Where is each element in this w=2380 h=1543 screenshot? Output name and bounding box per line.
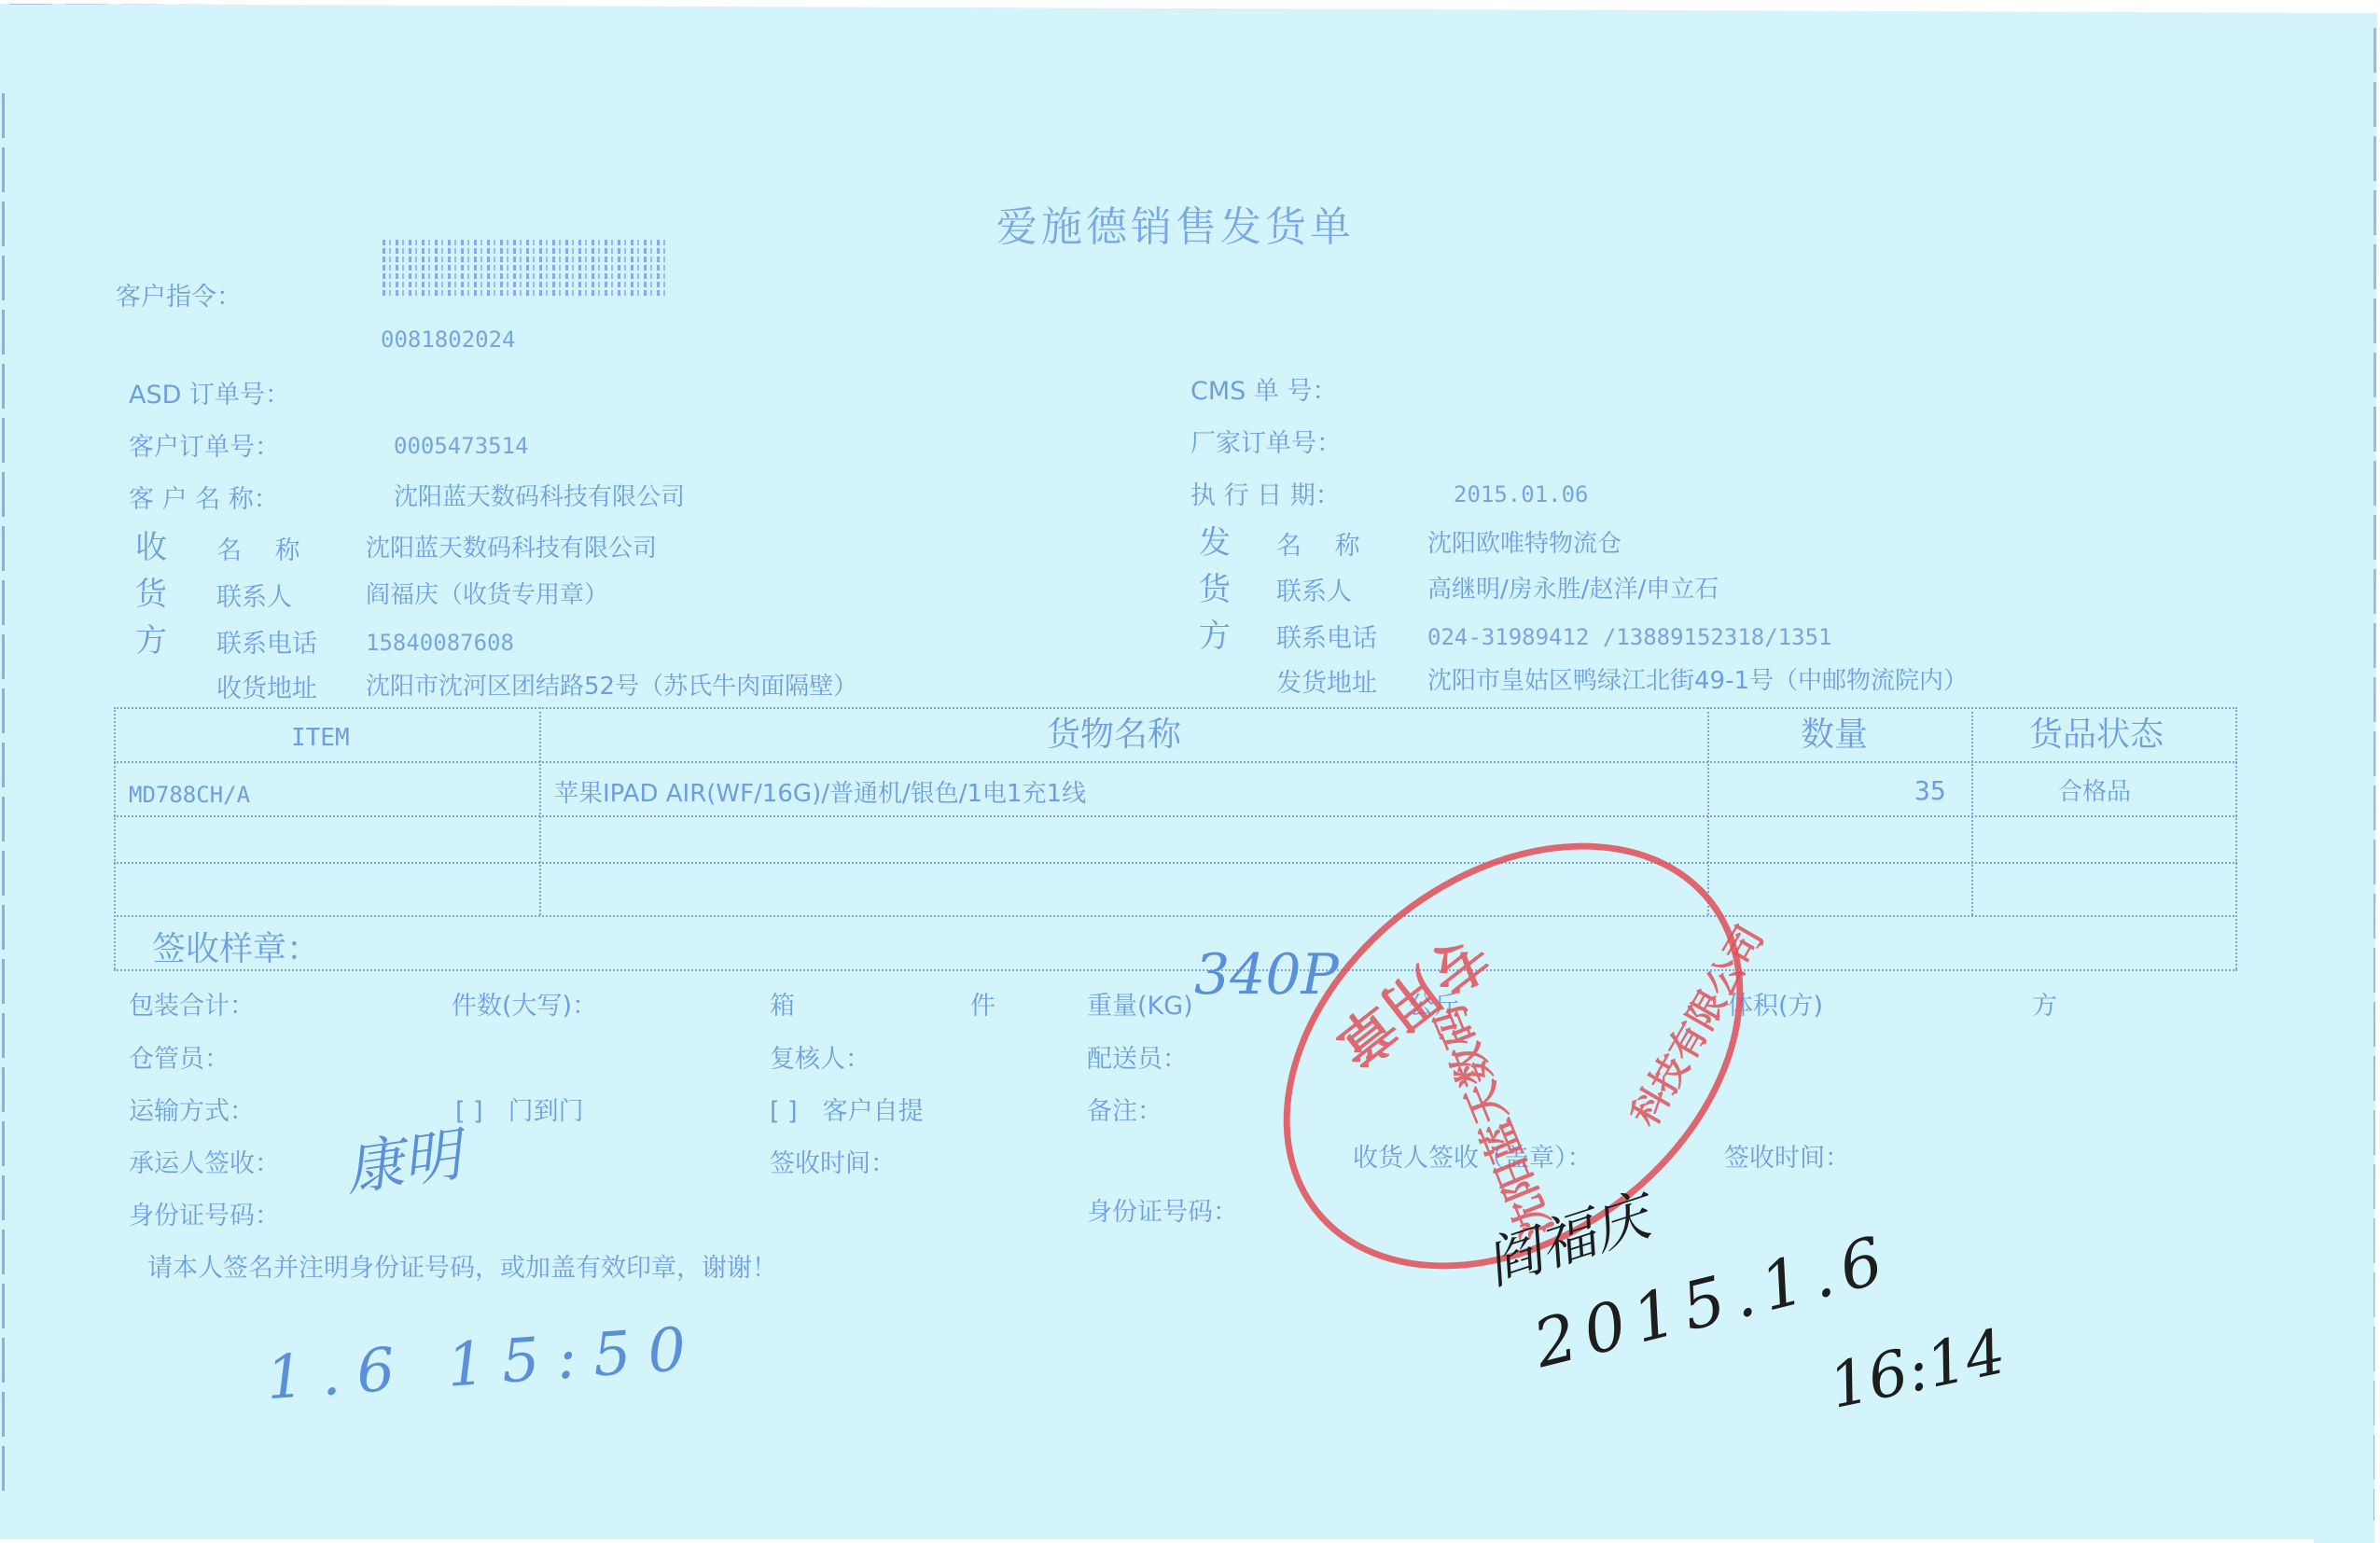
execution-date-value: 2015.01.06 xyxy=(1454,483,1589,506)
shipper-side-label-3: 方 xyxy=(1199,620,1231,652)
packing-total-label: 包装合计： xyxy=(129,994,255,1019)
table-row-item: MD788CH/A xyxy=(129,784,250,806)
consignee-sign-time-label: 签收时间： xyxy=(1724,1146,1850,1171)
customer-instruction-label: 客户指令： xyxy=(116,285,242,310)
customer-name-value: 沈阳蓝天数码科技有限公司 xyxy=(394,485,685,509)
factory-order-label: 厂家订单号： xyxy=(1190,431,1342,456)
customer-order-value: 0005473514 xyxy=(394,435,529,457)
transport-label: 运输方式： xyxy=(129,1099,255,1124)
table-row-status: 合格品 xyxy=(2058,780,2131,804)
shipper-contact-label: 联系人 xyxy=(1276,579,1352,605)
table-border-right xyxy=(2235,707,2237,969)
document-title: 爱施德销售发货单 xyxy=(996,207,1355,248)
receiver-phone: 15840087608 xyxy=(366,632,514,654)
customer-order-label: 客户订单号： xyxy=(129,435,280,460)
table-header-status: 货品状态 xyxy=(2029,718,2164,752)
table-col-divider xyxy=(539,707,541,915)
pieces-label: 件数(大写)： xyxy=(452,994,597,1019)
shipper-phone-label: 联系电话 xyxy=(1276,626,1377,651)
receiver-side-label-2: 货 xyxy=(135,578,167,610)
table-border-top xyxy=(114,707,2237,709)
table-header-item: ITEM xyxy=(291,726,350,750)
table-border-left xyxy=(114,707,116,969)
shipper-name: 沈阳欧唯特物流仓 xyxy=(1427,532,1621,556)
table-row-divider xyxy=(114,862,2237,864)
carrier-signature: 康明 xyxy=(341,1126,464,1200)
table-border-bottom xyxy=(114,969,2237,971)
carrier-id-label: 身份证号码： xyxy=(129,1203,280,1229)
transport-option-door-to-door[interactable]: [ ] 门到门 xyxy=(455,1099,584,1124)
shipper-side-label-1: 发 xyxy=(1199,527,1231,559)
dispatcher-label: 配送员： xyxy=(1087,1047,1188,1072)
sign-seal-label: 签收样章： xyxy=(152,933,320,966)
remarks-label: 备注： xyxy=(1087,1099,1162,1124)
receiver-contact-label: 联系人 xyxy=(216,585,292,610)
perforation-right xyxy=(2373,28,2376,1521)
volume-unit: 方 xyxy=(2032,994,2057,1019)
barcode xyxy=(383,240,668,296)
receiver-address-label: 收货地址 xyxy=(216,676,317,702)
table-col-divider xyxy=(1971,707,1973,915)
consignee-id-label: 身份证号码： xyxy=(1087,1200,1238,1225)
customer-name-label: 客 户 名 称： xyxy=(129,487,279,512)
barcode-number: 0081802024 xyxy=(381,328,516,351)
receiver-side-label-3: 方 xyxy=(135,625,167,657)
receiver-address: 沈阳市沈河区团结路52号（苏氏牛肉面隔壁） xyxy=(366,674,857,699)
table-row-divider xyxy=(114,815,2237,817)
receiver-side-label-1: 收 xyxy=(135,532,167,563)
shipper-name-label: 名 称 xyxy=(1276,534,1360,559)
shipper-address: 沈阳市皇姑区鸭绿江北街49-1号（中邮物流院内） xyxy=(1427,669,1968,693)
execution-date-label: 执 行 日 期： xyxy=(1190,483,1341,508)
table-row-divider xyxy=(114,915,2237,917)
perforation-top xyxy=(9,3,2370,5)
receiver-contact: 阎福庆（收货专用章） xyxy=(366,583,608,607)
transport-option-customer-pickup[interactable]: [ ] 客户自提 xyxy=(770,1099,924,1124)
carrier-sign-label: 承运人签收： xyxy=(129,1151,280,1176)
table-header-quantity: 数量 xyxy=(1801,718,1868,752)
weight-label: 重量(KG) xyxy=(1087,994,1193,1019)
warehouse-keeper-label: 仓管员： xyxy=(129,1047,230,1072)
table-row-quantity: 35 xyxy=(1914,778,1946,804)
cms-order-label: CMS 单 号： xyxy=(1190,379,1337,404)
consignee-handwritten-time: 16:14 xyxy=(1824,1321,2011,1418)
carrier-handwritten-time: 1.6 15:50 xyxy=(264,1319,704,1410)
receiver-name: 沈阳蓝天数码科技有限公司 xyxy=(366,536,657,561)
table-row-goods-name: 苹果IPAD AIR(WF/16G)/普通机/银色/1电1充1线 xyxy=(554,782,1086,806)
asd-order-label: ASD 订单号： xyxy=(129,382,290,408)
shipper-address-label: 发货地址 xyxy=(1276,671,1377,696)
box-unit: 箱 xyxy=(770,994,795,1019)
receiver-name-label: 名 称 xyxy=(216,538,300,563)
receiver-phone-label: 联系电话 xyxy=(216,632,317,657)
notice-text: 请本人签名并注明身份证号码，或加盖有效印章，谢谢！ xyxy=(147,1256,777,1281)
shipper-contact: 高继明/房永胜/赵洋/申立石 xyxy=(1427,577,1719,602)
table-header-divider xyxy=(114,761,2237,763)
perforation-left xyxy=(2,93,5,1493)
delivery-note-paper: 爱施德销售发货单 客户指令： 0081802024 ASD 订单号： 客户订单号… xyxy=(0,0,2380,1543)
handwritten-weight: 340P xyxy=(1194,947,1339,1003)
table-header-goods-name: 货物名称 xyxy=(1047,718,1181,752)
reviewer-label: 复核人： xyxy=(770,1047,870,1072)
table-col-divider xyxy=(1707,707,1709,915)
shipper-side-label-2: 货 xyxy=(1199,574,1231,605)
piece-unit: 件 xyxy=(970,994,995,1019)
shipper-phone: 024-31989412 /13889152318/1351 xyxy=(1427,626,1831,648)
carrier-sign-time-label: 签收时间： xyxy=(770,1151,896,1176)
